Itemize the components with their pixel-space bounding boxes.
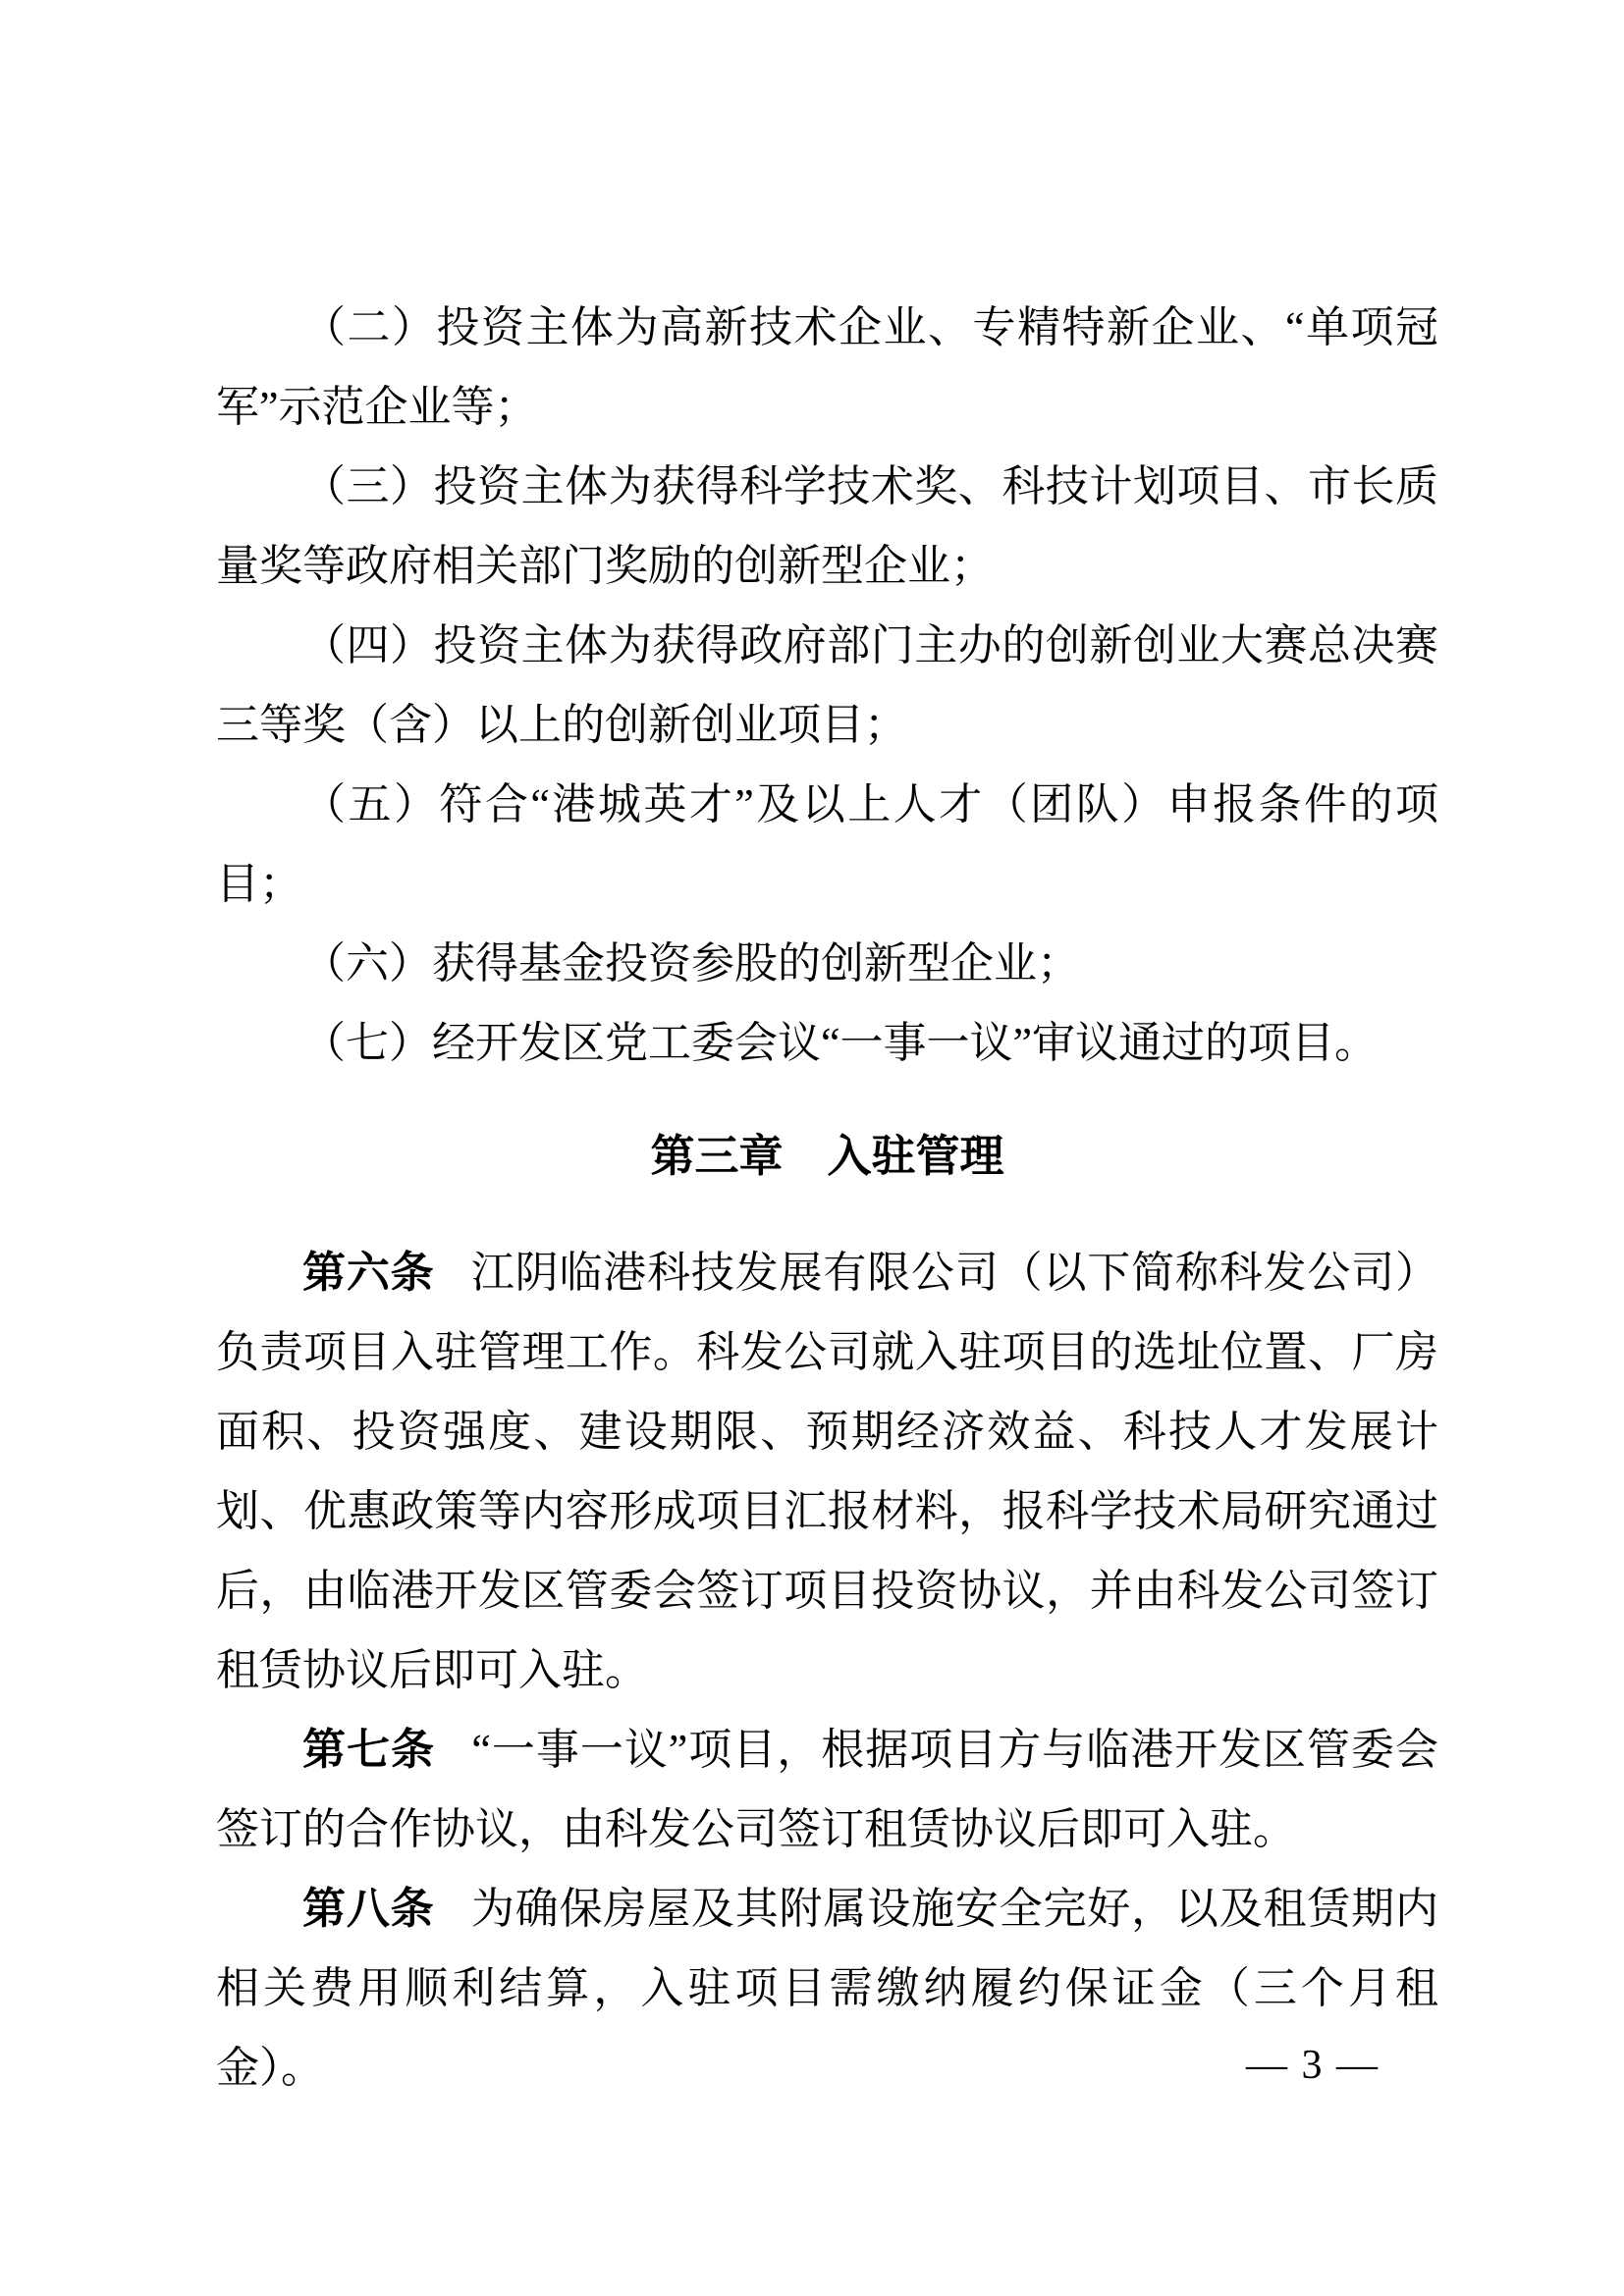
document-page: （二）投资主体为高新技术企业、专精特新企业、“单项冠军”示范企业等；（三）投资主… (0, 0, 1624, 2296)
document-body: （二）投资主体为高新技术企业、专精特新企业、“单项冠军”示范企业等；（三）投资主… (216, 288, 1438, 2108)
paragraph: （七）经开发区党工委会议“一事一议”审议通过的项目。 (216, 1003, 1438, 1083)
article-number-lead: 第七条 (302, 1726, 435, 1774)
paragraph: （三）投资主体为获得科学技术奖、科技计划项目、市长质量奖等政府相关部门奖励的创新… (216, 447, 1438, 606)
paragraph: （二）投资主体为高新技术企业、专精特新企业、“单项冠军”示范企业等； (216, 288, 1438, 447)
paragraph: 第七条“一事一议”项目，根据项目方与临港开发区管委会签订的合作协议，由科发公司签… (216, 1710, 1438, 1869)
paragraph: （五）符合“港城英才”及以上人才（团队）申报条件的项目； (216, 765, 1438, 924)
paragraph-text: （三）投资主体为获得科学技术奖、科技计划项目、市长质量奖等政府相关部门奖励的创新… (216, 462, 1438, 590)
paragraph-text: （六）获得基金投资参股的创新型企业； (302, 939, 1080, 988)
chapter-heading: 第三章 入驻管理 (216, 1116, 1438, 1196)
paragraph: 第六条江阴临港科技发展有限公司（以下简称科发公司）负责项目入驻管理工作。科发公司… (216, 1233, 1438, 1710)
paragraph: （六）获得基金投资参股的创新型企业； (216, 924, 1438, 1003)
page-number: — 3 — (1246, 2045, 1380, 2086)
article-number-lead: 第八条 (302, 1885, 434, 1933)
article-number-lead: 第六条 (302, 1249, 434, 1297)
paragraph-text: （二）投资主体为高新技术企业、专精特新企业、“单项冠军”示范企业等； (216, 303, 1438, 431)
paragraph-text: （四）投资主体为获得政府部门主办的创新创业大赛总决赛三等奖（含）以上的创新创业项… (216, 621, 1438, 749)
paragraph: （四）投资主体为获得政府部门主办的创新创业大赛总决赛三等奖（含）以上的创新创业项… (216, 606, 1438, 765)
paragraph-text: 江阴临港科技发展有限公司（以下简称科发公司）负责项目入驻管理工作。科发公司就入驻… (216, 1249, 1438, 1694)
paragraph-text: （五）符合“港城英才”及以上人才（团队）申报条件的项目； (216, 780, 1438, 908)
paragraph-text: （七）经开发区党工委会议“一事一议”审议通过的项目。 (302, 1019, 1378, 1067)
